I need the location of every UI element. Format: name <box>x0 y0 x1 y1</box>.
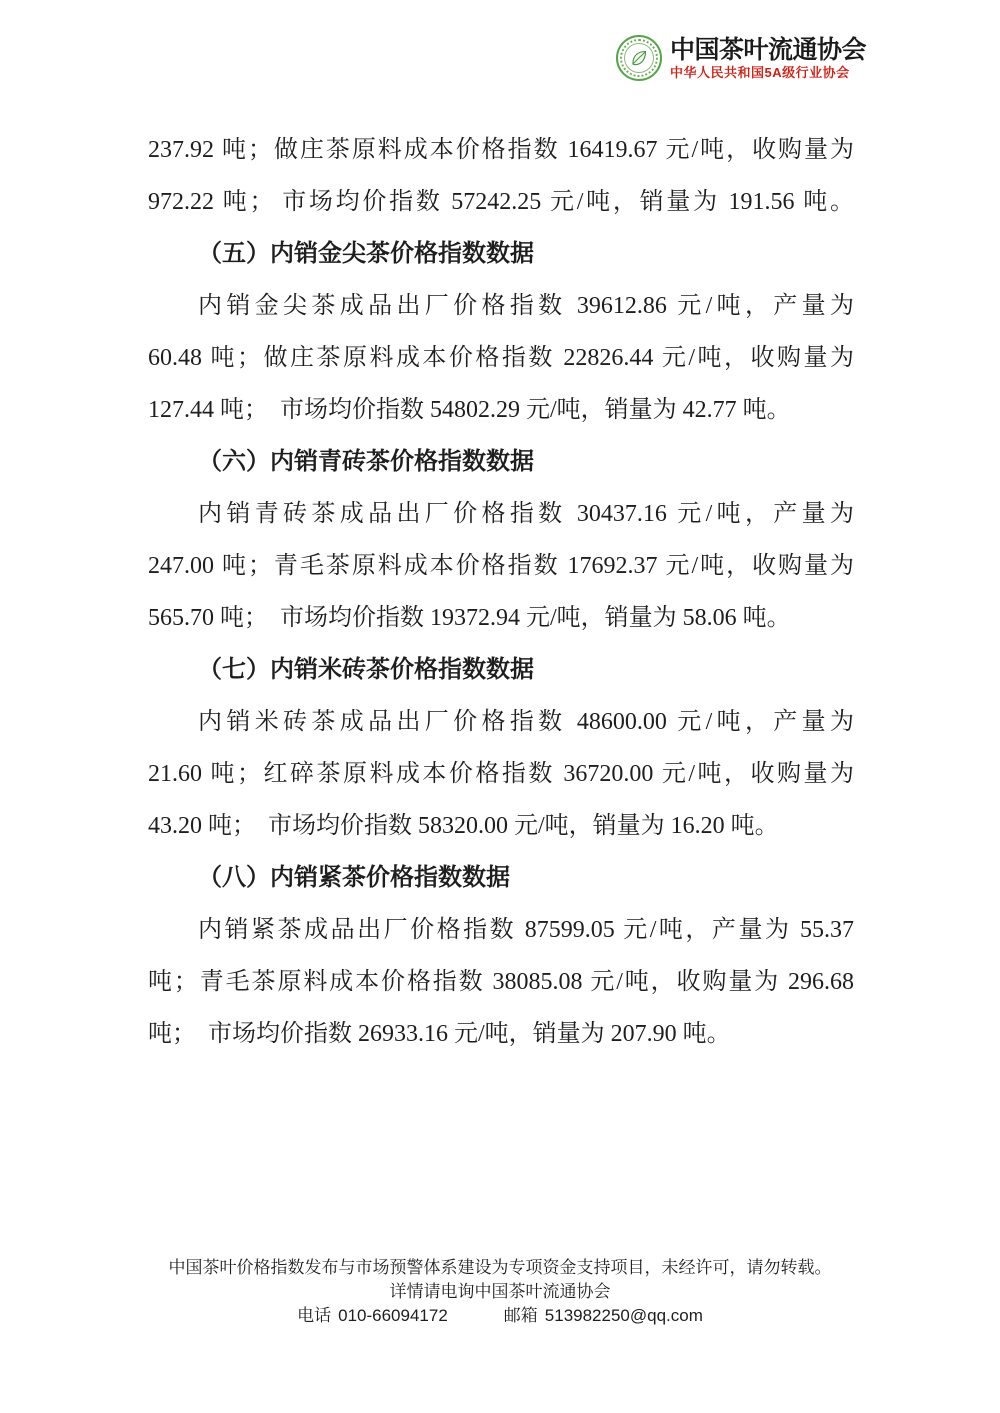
phone-number: 010-66094172 <box>338 1306 448 1325</box>
document-page: 中国茶叶流通协会 中华人民共和国5A级行业协会 237.92 吨；做庄茶原料成本… <box>0 0 1000 1413</box>
phone-label: 电话 <box>297 1306 331 1325</box>
text-line: 60.48 吨；做庄茶原料成本价格指数 22826.44 元/吨，收购量为 <box>148 332 854 384</box>
tea-association-logo <box>616 35 662 81</box>
org-name: 中国茶叶流通协会 <box>670 37 970 64</box>
text-line: 247.00 吨；青毛茶原料成本价格指数 17692.37 元/吨，收购量为 <box>148 540 854 592</box>
section-heading: （七）内销米砖茶价格指数数据 <box>148 644 854 696</box>
section-heading: （六）内销青砖茶价格指数数据 <box>148 436 854 488</box>
text-line: 21.60 吨；红碎茶原料成本价格指数 36720.00 元/吨，收购量为 <box>148 748 854 800</box>
email-address: 513982250@qq.com <box>545 1306 703 1325</box>
text-line: 127.44 吨； 市场均价指数 54802.29 元/吨，销量为 42.77 … <box>148 384 854 436</box>
text-line: 内销青砖茶成品出厂价格指数 30437.16 元/吨，产量为 <box>148 488 854 540</box>
footer-note: 中国茶叶价格指数发布与市场预警体系建设为专项资金支持项目，未经许可，请勿转载。 <box>0 1256 1000 1280</box>
email-label: 邮箱 <box>504 1306 538 1325</box>
tea-leaf-icon <box>624 43 654 73</box>
header: 中国茶叶流通协会 中华人民共和国5A级行业协会 <box>0 0 1000 110</box>
org-subtitle: 中华人民共和国5A级行业协会 <box>670 66 970 80</box>
footer: 中国茶叶价格指数发布与市场预警体系建设为专项资金支持项目，未经许可，请勿转载。 … <box>0 1256 1000 1328</box>
footer-contact-hint: 详情请电询中国茶叶流通协会 <box>0 1280 1000 1304</box>
text-line: 43.20 吨； 市场均价指数 58320.00 元/吨，销量为 16.20 吨… <box>148 800 854 852</box>
document-body: 237.92 吨；做庄茶原料成本价格指数 16419.67 元/吨，收购量为 9… <box>148 124 854 1060</box>
text-line: 内销米砖茶成品出厂价格指数 48600.00 元/吨，产量为 <box>148 696 854 748</box>
section-heading: （八）内销紧茶价格指数数据 <box>148 852 854 904</box>
org-titles: 中国茶叶流通协会 中华人民共和国5A级行业协会 <box>670 37 970 80</box>
text-line: 内销紧茶成品出厂价格指数 87599.05 元/吨，产量为 55.37 <box>148 904 854 956</box>
text-line: 吨；青毛茶原料成本价格指数 38085.08 元/吨，收购量为 296.68 <box>148 956 854 1008</box>
text-line: 972.22 吨； 市场均价指数 57242.25 元/吨，销量为 191.56… <box>148 176 854 228</box>
text-line: 内销金尖茶成品出厂价格指数 39612.86 元/吨，产量为 <box>148 280 854 332</box>
text-line: 565.70 吨； 市场均价指数 19372.94 元/吨，销量为 58.06 … <box>148 592 854 644</box>
text-line: 吨； 市场均价指数 26933.16 元/吨，销量为 207.90 吨。 <box>148 1008 854 1060</box>
footer-contacts: 电话010-66094172邮箱513982250@qq.com <box>0 1304 1000 1328</box>
text-line: 237.92 吨；做庄茶原料成本价格指数 16419.67 元/吨，收购量为 <box>148 124 854 176</box>
section-heading: （五）内销金尖茶价格指数数据 <box>148 228 854 280</box>
